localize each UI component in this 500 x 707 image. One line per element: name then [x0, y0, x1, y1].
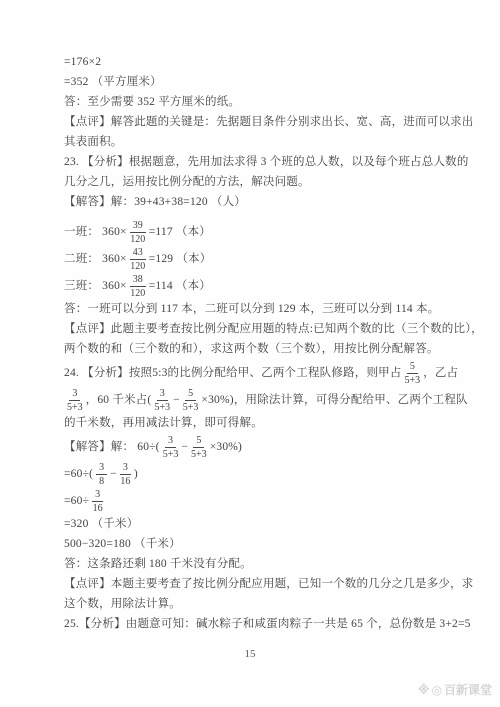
- fraction-numerator: 5: [407, 362, 418, 375]
- text-segment: 25.【分析】由题意可知：碱水粽子和咸蛋肉粽子一共是 65 个，总份数是 3+2…: [64, 619, 471, 631]
- fraction: 39120: [130, 221, 146, 245]
- text-segment: ): [134, 469, 138, 481]
- answer-q22: 答：至少需要 352 平方厘米的纸。: [64, 93, 474, 113]
- text-segment: −: [181, 442, 188, 454]
- fraction-numerator: 3: [92, 490, 103, 503]
- text-segment: 24. 【分析】按照5:3的比例分配给甲、乙两个工程队修路，则甲占: [64, 368, 402, 380]
- class-2-calc: 二班： 360×43120=129 （本）: [64, 246, 474, 273]
- text-segment: 的千米数，再用减法计算，即可得解。: [64, 418, 263, 430]
- analysis-q23-line1: 23. 【分析】根据题意，先用加法求得 3 个班的总人数，以及每个班占总人数的: [64, 153, 474, 173]
- text-segment: =352 （平方厘米）: [64, 77, 162, 89]
- fraction-numerator: 3: [96, 463, 107, 476]
- text-segment: 23. 【分析】根据题意，先用加法求得 3 个班的总人数，以及每个班占总人数的: [64, 157, 469, 169]
- text-segment: ，乙占: [423, 368, 458, 380]
- class-3-calc: 三班： 360×38120=114 （本）: [64, 273, 474, 300]
- analysis-q23-line2: 几分之几，运用按比例分配的方法，解决问题。: [64, 173, 474, 193]
- fraction: 55+3: [405, 362, 421, 386]
- fraction-numerator: 43: [130, 248, 146, 261]
- watermark: ※ ◎ 百新课堂: [418, 681, 492, 698]
- fraction: 55+3: [191, 436, 207, 460]
- fraction-denominator: 5+3: [191, 448, 207, 460]
- fraction-denominator: 5+3: [183, 401, 199, 413]
- text-segment: 【点评】解答此题的关键是：先据题目条件分别求出长、宽、高，进而可以求出: [64, 117, 474, 129]
- text-segment: 500−320=180 （千米）: [64, 539, 181, 551]
- comment-q22-line1: 【点评】解答此题的关键是：先据题目条件分别求出长、宽、高，进而可以求出: [64, 113, 474, 133]
- document-page: =176×2=352 （平方厘米）答：至少需要 352 平方厘米的纸。【点评】解…: [0, 0, 500, 707]
- text-segment: =129 （本）: [149, 254, 212, 266]
- analysis-q25: 25.【分析】由题意可知：碱水粽子和咸蛋肉粽子一共是 65 个，总份数是 3+2…: [64, 615, 474, 635]
- fraction-denominator: 16: [120, 475, 130, 487]
- fraction: 35+3: [154, 389, 170, 413]
- watermark-logo-icon: ◎: [432, 683, 442, 697]
- fraction-denominator: 5+3: [154, 401, 170, 413]
- eq-352: =352 （平方厘米）: [64, 73, 474, 93]
- text-segment: 几分之几，运用按比例分配的方法，解决问题。: [64, 177, 310, 189]
- fraction-denominator: 16: [93, 502, 103, 514]
- text-segment: 【解答】解： 60÷(: [64, 442, 160, 454]
- fraction: 55+3: [183, 389, 199, 413]
- text-segment: =320 （千米）: [64, 519, 138, 531]
- eq-176x2: =176×2: [64, 53, 474, 73]
- fraction: 38120: [130, 275, 146, 299]
- answer-q24: 答：这条路还剩 180 千米没有分配。: [64, 555, 474, 575]
- fraction-denominator: 5+3: [163, 448, 179, 460]
- text-segment: ，60 千米占(: [86, 395, 152, 407]
- text-segment: =176×2: [64, 57, 101, 69]
- watermark-text: 百新课堂: [444, 681, 492, 698]
- text-segment: 这个数，用除法计算。: [64, 599, 181, 611]
- step-q24-1: =60÷(38−316): [64, 461, 474, 488]
- text-segment: 【点评】本题主要考查了按比例分配应用题，已知一个数的几分之几是多少，求: [64, 579, 474, 591]
- step-q24-3: =320 （千米）: [64, 515, 474, 535]
- fraction: 43120: [130, 248, 146, 272]
- text-segment: 二班： 360×: [64, 254, 127, 266]
- answer-q23: 答：一班可以分到 117 本，二班可以分到 129 本，三班可以分到 114 本…: [64, 300, 474, 320]
- fraction: 35+3: [163, 436, 179, 460]
- fraction: 316: [92, 490, 103, 514]
- eq-500-320: 500−320=180 （千米）: [64, 535, 474, 555]
- class-1-calc: 一班： 360×39120=117 （本）: [64, 219, 474, 246]
- comment-q24-line2: 这个数，用除法计算。: [64, 595, 474, 615]
- text-segment: 一班： 360×: [64, 227, 127, 239]
- solution-q24: 【解答】解： 60÷(35+3−55+3×30%): [64, 434, 474, 461]
- text-segment: =60÷: [64, 496, 89, 508]
- comment-q24-line1: 【点评】本题主要考查了按比例分配应用题，已知一个数的几分之几是多少，求: [64, 575, 474, 595]
- text-segment: =117 （本）: [149, 227, 211, 239]
- text-segment: ×30%): [210, 442, 242, 454]
- text-segment: 两个数的和（三个数的和），求这两个数（三个数），用按比例分配解答。: [64, 344, 439, 356]
- step-q24-2: =60÷316: [64, 488, 474, 515]
- comment-q22-line2: 其表面积。: [64, 133, 474, 153]
- fraction-numerator: 38: [130, 275, 146, 288]
- text-segment: 其表面积。: [64, 137, 123, 149]
- fraction-numerator: 3: [69, 389, 80, 402]
- fraction-numerator: 3: [120, 463, 131, 476]
- analysis-q24-line1: 24. 【分析】按照5:3的比例分配给甲、乙两个工程队修路，则甲占55+3，乙占: [64, 360, 474, 387]
- fraction-denominator: 5+3: [67, 401, 83, 413]
- text-segment: 三班： 360×: [64, 281, 127, 293]
- analysis-q24-line2: 35+3，60 千米占(35+3−55+3×30%)，用除法计算，可得分配给甲、…: [64, 387, 474, 414]
- solution-q23: 【解答】解：39+43+38=120 （人）: [64, 193, 474, 213]
- fraction-denominator: 120: [130, 260, 145, 272]
- fraction-denominator: 120: [130, 233, 145, 245]
- fraction-numerator: 3: [165, 436, 176, 449]
- fraction-denominator: 120: [130, 287, 145, 299]
- text-segment: =60÷(: [64, 469, 93, 481]
- fraction: 35+3: [67, 389, 83, 413]
- fraction-denominator: 5+3: [405, 374, 421, 386]
- document-content: =176×2=352 （平方厘米）答：至少需要 352 平方厘米的纸。【点评】解…: [64, 53, 474, 635]
- text-segment: =114 （本）: [149, 281, 211, 293]
- text-segment: 【点评】此题主要考查按比例分配应用题的特点:已知两个数的比（三个数的比），: [64, 324, 483, 336]
- text-segment: 答：至少需要 352 平方厘米的纸。: [64, 97, 240, 109]
- text-segment: −: [173, 395, 180, 407]
- analysis-q24-line3: 的千米数，再用减法计算，即可得解。: [64, 414, 474, 434]
- comment-q23-line2: 两个数的和（三个数的和），求这两个数（三个数），用按比例分配解答。: [64, 340, 474, 360]
- text-segment: 【解答】解：39+43+38=120 （人）: [64, 197, 246, 209]
- page-number: 15: [0, 648, 500, 660]
- text-segment: −: [110, 469, 117, 481]
- text-segment: ×30%)，用除法计算，可得分配给甲、乙两个工程队: [201, 395, 467, 407]
- fraction: 38: [96, 463, 107, 487]
- fraction-numerator: 5: [193, 436, 204, 449]
- fraction-numerator: 3: [157, 389, 168, 402]
- fraction-numerator: 5: [185, 389, 196, 402]
- watermark-badge-icon: ※: [418, 683, 430, 697]
- fraction-denominator: 8: [99, 475, 104, 487]
- text-segment: 答：一班可以分到 117 本，二班可以分到 129 本，三班可以分到 114 本…: [64, 304, 439, 316]
- fraction-numerator: 39: [130, 221, 146, 234]
- text-segment: 答：这条路还剩 180 千米没有分配。: [64, 559, 252, 571]
- fraction: 316: [120, 463, 131, 487]
- comment-q23-line1: 【点评】此题主要考查按比例分配应用题的特点:已知两个数的比（三个数的比），: [64, 320, 474, 340]
